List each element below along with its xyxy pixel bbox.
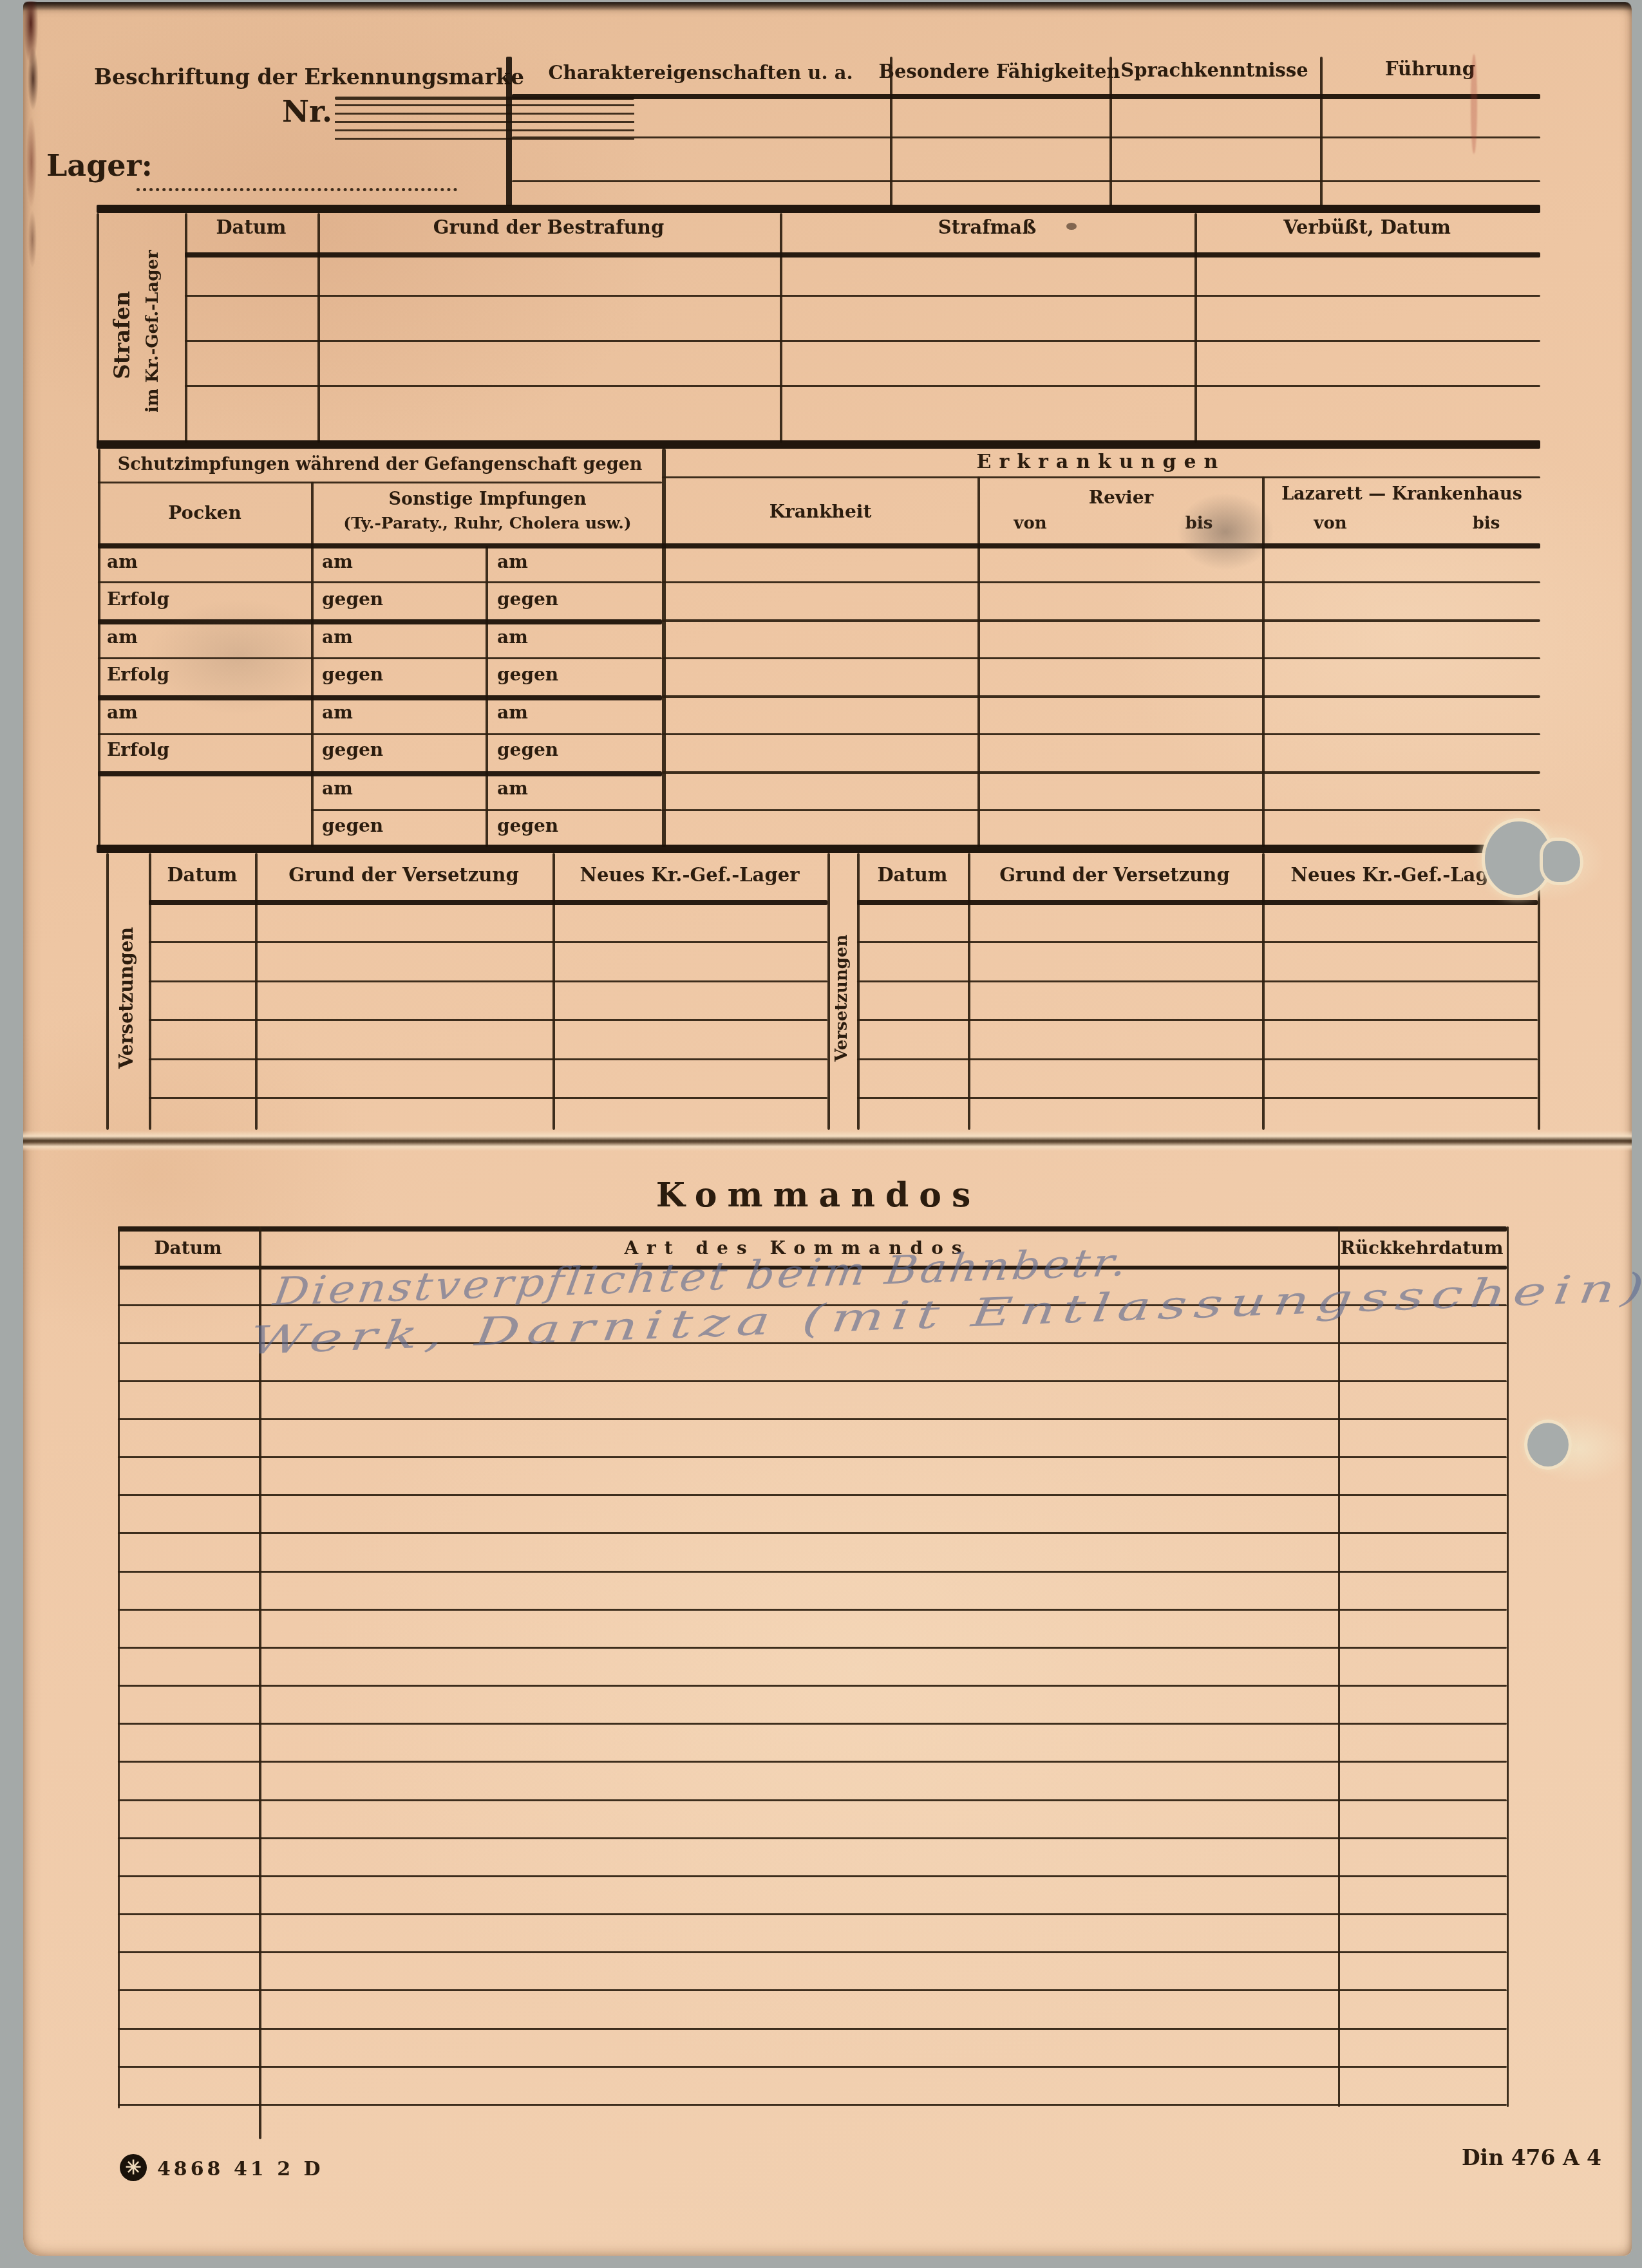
rule [97, 845, 1540, 853]
paper-top-edge-shadow [23, 2, 1632, 11]
rule [118, 2104, 1507, 2106]
sonstige-am-label: am [322, 778, 353, 799]
kommandos-col-datum: Datum [154, 1237, 222, 1259]
erkrankungen-header: Erkrankungen [977, 451, 1226, 473]
rule [857, 1097, 1538, 1099]
pocken-erfolg-label: Erfolg [107, 588, 169, 610]
impfungen-header: Schutzimpfungen während der Gefangenscha… [118, 455, 643, 474]
paper-left-edge-marks [23, 1, 45, 278]
stain [1177, 493, 1274, 570]
rule [857, 853, 860, 1130]
sonstige-am-label: am [322, 702, 353, 723]
versetzungen-col-datum: Datum [877, 864, 947, 886]
versetzungen-side-label: Versetzungen [108, 901, 144, 1094]
strafen-col-strafmass: Strafmaß [938, 216, 1036, 238]
rule [118, 1723, 1507, 1725]
rule [552, 853, 555, 1130]
pocken-am-label: am [107, 626, 138, 648]
sonstige-gegen-label: gegen [322, 664, 383, 685]
sonstige-gegen-label: gegen [497, 588, 558, 610]
rule [780, 213, 782, 443]
versetzungen-col-neues-lager: Neues Kr.-Gef.-Lager [580, 864, 800, 886]
rule [149, 853, 151, 1130]
strafen-col-verbuesst: Verbüßt, Datum [1283, 216, 1451, 238]
lazarett-von-label: von [1314, 514, 1346, 533]
versetzungen-col-neues-lager: Neues Kr.-Gef.-Lager [1291, 864, 1511, 886]
rule [1507, 1226, 1509, 2107]
sonstige-am-label: am [497, 626, 528, 648]
rule [662, 449, 666, 847]
col-sprachkenntnisse: Sprachkenntnisse [1120, 59, 1308, 81]
sonstige-gegen-label: gegen [322, 739, 383, 760]
rule [118, 1761, 1507, 1763]
rule [97, 440, 1540, 449]
impfungen-col-sonstige: Sonstige Impfungen [388, 489, 586, 509]
rule [857, 980, 1538, 982]
versetzungen-col-grund: Grund der Versetzung [288, 864, 518, 886]
rule [512, 180, 1540, 182]
lager-dotted-line [137, 161, 457, 191]
strafen-col-grund: Grund der Bestrafung [433, 216, 664, 238]
rule [185, 385, 1540, 387]
rule [662, 657, 1540, 659]
rule [662, 809, 1540, 811]
rule [185, 213, 187, 443]
rule [118, 1609, 1507, 1611]
rule [149, 1019, 827, 1021]
lazarett-bis-label: bis [1473, 514, 1500, 533]
nr-label: Nr. [282, 94, 332, 129]
rule [118, 1226, 120, 2108]
id-block-title: Beschriftung der Erkennungsmarke [94, 64, 524, 89]
pocken-am-label: am [107, 702, 138, 723]
rule [98, 482, 662, 483]
kommandos-col-rueckkehrdatum: Rückkehrdatum [1340, 1237, 1503, 1259]
rule [512, 94, 1540, 99]
versetzungen-col-grund: Grund der Versetzung [999, 864, 1229, 886]
strafen-side-label-2: im Kr.-Gef.-Lager [138, 225, 167, 438]
stain [148, 599, 328, 715]
erkrankungen-col-revier: Revier [1089, 487, 1154, 508]
print-code: 4868 41 2 D [157, 2158, 323, 2180]
rule [118, 1418, 1507, 1420]
rule [506, 57, 512, 206]
rule [118, 1989, 1507, 1991]
rule [98, 449, 100, 847]
rule [662, 733, 1540, 735]
rule [968, 853, 970, 1130]
rule [97, 213, 99, 443]
rule [255, 853, 258, 1130]
kommandos-title: Kommandos [656, 1176, 981, 1215]
rule [857, 941, 1538, 943]
rule [857, 1058, 1538, 1060]
star-circle-icon: ✳ [120, 2154, 147, 2181]
red-streak [1471, 54, 1477, 154]
col-besondere-faehigkeiten: Besondere Fähigkeiten [879, 61, 1120, 82]
rule [662, 771, 1540, 774]
rule [857, 1019, 1538, 1021]
rule [1262, 853, 1265, 1130]
strafen-col-datum: Datum [216, 216, 286, 238]
rule [118, 1685, 1507, 1687]
punch-hole [1485, 821, 1551, 895]
erkrankungen-col-krankheit: Krankheit [769, 501, 872, 522]
rule [118, 1494, 1507, 1496]
sonstige-am-label: am [497, 702, 528, 723]
rule [118, 1647, 1507, 1649]
versetzungen-side-label: Versetzungen [828, 901, 855, 1094]
rule [1320, 57, 1323, 206]
rule [857, 900, 1538, 905]
rule [98, 771, 662, 776]
rule [149, 980, 827, 982]
rule [149, 900, 827, 905]
impfungen-col-pocken: Pocken [168, 502, 241, 523]
nr-ruled-lines [335, 104, 634, 140]
sonstige-gegen-label: gegen [322, 588, 383, 610]
versetzungen-col-datum: Datum [167, 864, 237, 886]
rule [512, 136, 1540, 138]
rule [185, 340, 1540, 342]
pocken-erfolg-label: Erfolg [107, 739, 169, 760]
rule [118, 1226, 1507, 1232]
rule [977, 476, 980, 847]
rule [118, 1951, 1507, 1953]
impfungen-col-sonstige-sub: (Ty.-Paraty., Ruhr, Cholera usw.) [343, 514, 631, 532]
rule [149, 1097, 827, 1099]
rule [118, 1532, 1507, 1534]
rule [149, 941, 827, 943]
erkrankungen-col-lazarett: Lazarett — Krankenhaus [1281, 484, 1522, 504]
rule [118, 2028, 1507, 2030]
sonstige-gegen-label: gegen [497, 664, 558, 685]
rule [1338, 1226, 1340, 2107]
rule [118, 1380, 1507, 1382]
rule [118, 1913, 1507, 1915]
rule [311, 809, 662, 811]
rule [118, 2066, 1507, 2068]
rule [118, 1837, 1507, 1839]
rule [98, 581, 662, 583]
rule [662, 581, 1540, 583]
rule [317, 213, 320, 443]
rule [149, 1058, 827, 1060]
scanned-document: Beschriftung der Erkennungsmarke Nr. Lag… [0, 0, 1642, 2268]
sonstige-am-label: am [497, 551, 528, 572]
rule [118, 1571, 1507, 1573]
rule [98, 733, 662, 735]
rule [185, 295, 1540, 297]
fold-crease [23, 1130, 1632, 1151]
strafen-side-label-1: Strafen [104, 245, 139, 425]
rule [1194, 213, 1197, 443]
rule [662, 619, 1540, 622]
punch-hole [1527, 1423, 1569, 1467]
sonstige-am-label: am [322, 551, 353, 572]
ink-speck [1066, 223, 1077, 230]
sonstige-gegen-label: gegen [322, 815, 383, 836]
rule [118, 1456, 1507, 1458]
sonstige-gegen-label: gegen [497, 739, 558, 760]
sonstige-am-label: am [497, 778, 528, 799]
rule [259, 1226, 261, 2139]
punch-hole-tear [1543, 841, 1580, 882]
revier-von-label: von [1014, 514, 1046, 533]
rule [98, 543, 1540, 548]
rule [118, 1799, 1507, 1801]
rule [97, 205, 1540, 213]
col-charaktereigenschaften: Charaktereigenschaften u. a. [548, 62, 853, 84]
col-fuehrung: Führung [1385, 58, 1475, 80]
rule [118, 1875, 1507, 1877]
rule [662, 476, 1540, 478]
rule [185, 252, 1540, 258]
pocken-am-label: am [107, 551, 138, 572]
sonstige-gegen-label: gegen [497, 815, 558, 836]
din-format-code: Din 476 A 4 [1462, 2145, 1601, 2170]
rule [662, 695, 1540, 698]
